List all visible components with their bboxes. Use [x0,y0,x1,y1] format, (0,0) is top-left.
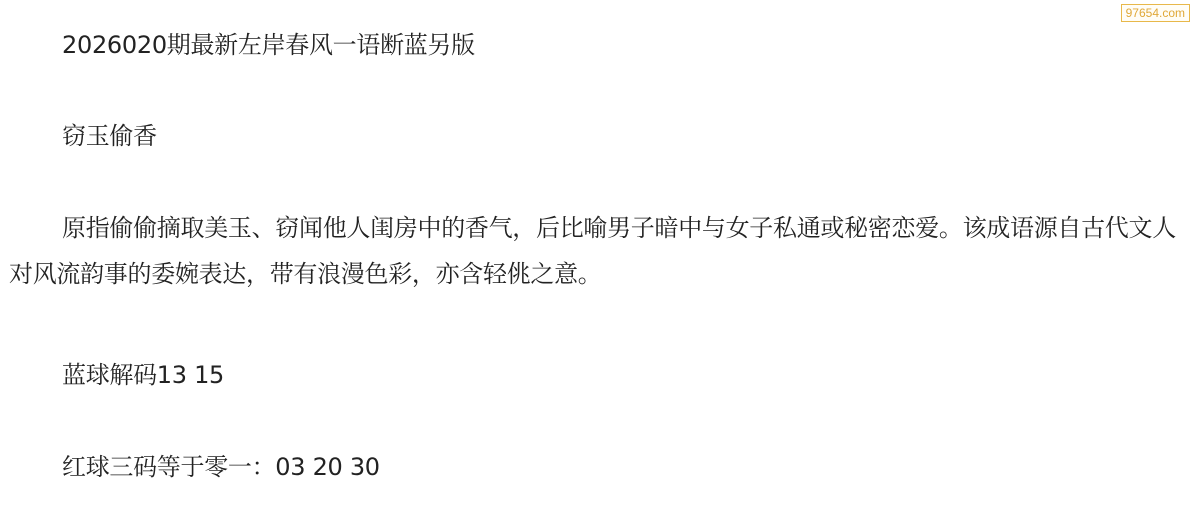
site-watermark: 97654.com [1121,4,1190,22]
idiom-explanation: 原指偷偷摘取美玉、窃闻他人闺房中的香气，后比喻男子暗中与女子私通或秘密恋爱。该成… [9,205,1184,297]
article-title: 2026020期最新左岸春风一语断蓝另版 [9,22,475,68]
blue-ball-line: 蓝球解码13 15 [9,352,224,398]
idiom-heading: 窃玉偷香 [9,113,157,159]
red-ball-line: 红球三码等于零一：03 20 30 [9,444,380,490]
